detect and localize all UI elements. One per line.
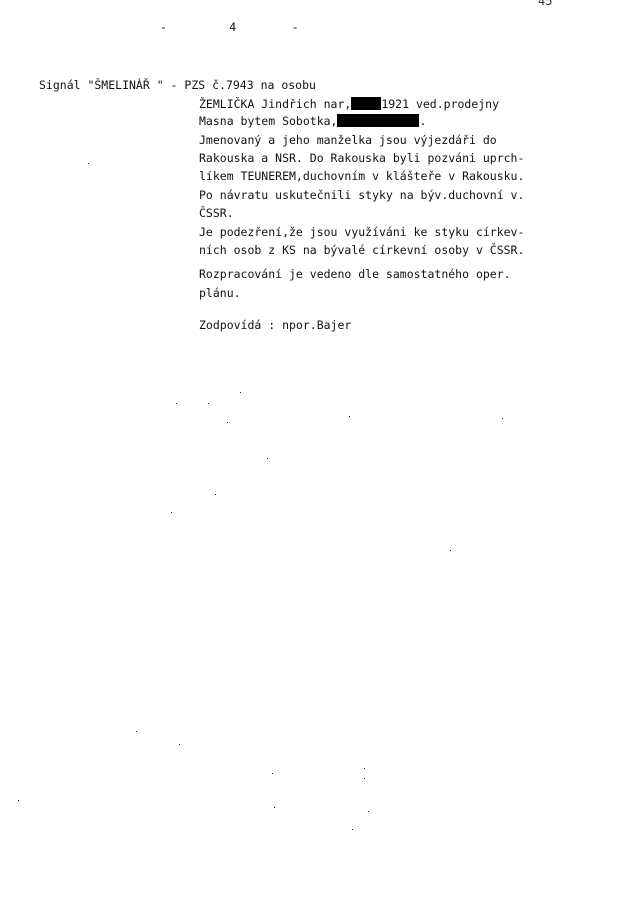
paragraph-1-line-5: ČSSR. (199, 206, 234, 220)
scan-speck (368, 811, 369, 812)
subject-name: ŽEMLIČKA Jindřich nar, (199, 97, 351, 111)
page-corner-mark: 45 (538, 0, 552, 8)
redaction-birth-date (351, 97, 381, 110)
scan-speck (176, 403, 177, 404)
paragraph-2-line-1: Je podezření,že jsou využíváni ke styku … (199, 225, 524, 239)
signal-label: Signál "ŠMELINÁŘ " - (39, 78, 184, 92)
page-number: 4 (229, 20, 236, 34)
scan-speck (352, 829, 353, 830)
paragraph-1-line-1: Jmenovaný a jeho manželka jsou výjezdáři… (199, 133, 497, 147)
scan-speck (136, 731, 137, 732)
scan-speck (272, 773, 273, 774)
signal-heading: Signál "ŠMELINÁŘ " - PZS č.7943 na osobu (39, 78, 316, 92)
scan-speck (227, 422, 228, 423)
scan-speck (274, 807, 275, 808)
scan-speck (364, 768, 365, 769)
paragraph-1-line-2: Rakouska a NSR. Do Rakouska byli pozváni… (199, 151, 524, 165)
subject-occupation: 1921 ved.prodejny (381, 97, 499, 111)
scan-speck (208, 403, 209, 404)
scan-speck (18, 800, 19, 801)
paragraph-3-line-2: plánu. (199, 286, 241, 300)
right-dash: - (292, 20, 299, 34)
subject-line: ŽEMLIČKA Jindřich nar,1921 ved.prodejny (199, 97, 499, 111)
scan-speck (267, 458, 268, 459)
paragraph-1-line-3: líkem TEUNEREM,duchovním v klášteře v Ra… (199, 169, 524, 183)
scan-speck (502, 418, 503, 419)
left-dash: - (160, 20, 167, 34)
scan-speck (171, 512, 172, 513)
scan-speck (364, 778, 365, 779)
page-header: - 4 - (160, 20, 299, 34)
address-prefix: Masna bytem Sobotka, (199, 114, 337, 128)
responsible-officer: Zodpovídá : npor.Bajer (199, 318, 351, 332)
redaction-address (337, 114, 419, 127)
scan-speck (240, 392, 241, 393)
scan-speck (215, 494, 216, 495)
paragraph-2-line-2: ních osob z KS na bývalé církevní osoby … (199, 243, 524, 257)
paragraph-3-line-1: Rozpracování je vedeno dle samostatného … (199, 267, 511, 281)
address-line: Masna bytem Sobotka,. (199, 114, 426, 128)
address-suffix: . (419, 114, 426, 128)
paragraph-1-line-4: Po návratu uskutečnili styky na býv.duch… (199, 188, 524, 202)
scan-speck (450, 550, 451, 551)
scan-speck (349, 416, 350, 417)
scan-speck (88, 163, 89, 164)
scan-speck (179, 744, 180, 745)
signal-line-1: PZS č.7943 na osobu (184, 78, 316, 92)
